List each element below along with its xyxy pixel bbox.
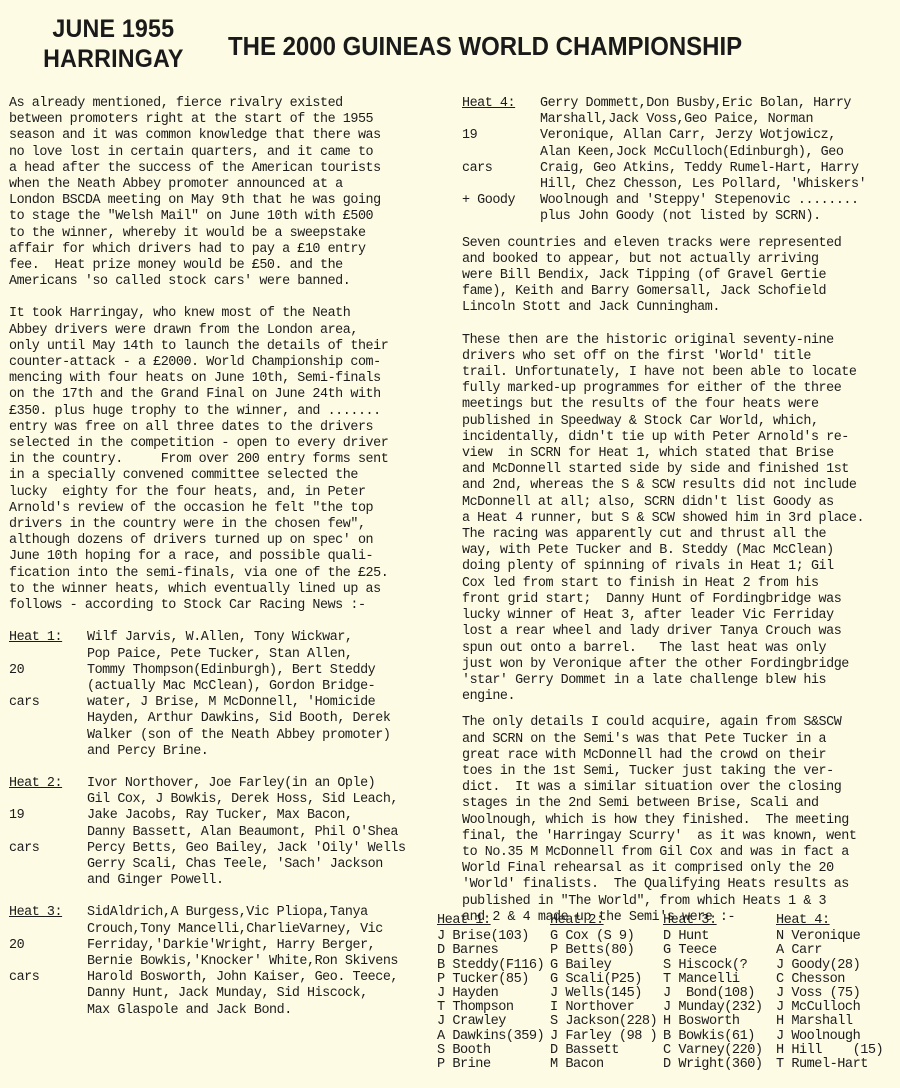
heat-label-column: Heat 1: 20 cars	[9, 630, 87, 760]
heat-car-count: 20	[9, 938, 87, 954]
spacer	[462, 209, 540, 225]
right-column: Heat 4: 19 cars + Goody Gerry Dommett,Do…	[462, 96, 900, 926]
spacer	[9, 873, 87, 889]
heat-entry-block: Heat 4: 19 cars + Goody Gerry Dommett,Do…	[462, 96, 900, 226]
heat-entry-block: Heat 1: 20 cars Wilf Jarvis, W.Allen, To…	[9, 630, 449, 760]
result-row: H Hill (15)	[776, 1044, 889, 1058]
paragraph-heat-reports: These then are the historic original sev…	[462, 333, 900, 706]
heat-driver-names: Ivor Northover, Joe Farley(in an Ople) G…	[87, 776, 406, 889]
spacer	[9, 954, 87, 970]
result-row: G Bailey	[550, 959, 663, 973]
spacer	[9, 986, 87, 1002]
result-row: S Hiscock(?	[663, 959, 776, 973]
event-date: JUNE 1955	[25, 14, 202, 44]
result-row: T Rumel-Hart	[776, 1058, 889, 1072]
heat-car-count: 19	[9, 808, 87, 824]
result-row: J Farley (98 )	[550, 1030, 663, 1044]
result-row: D Wright(360)	[663, 1058, 776, 1072]
page-header: JUNE 1955 HARRINGAY THE 2000 GUINEAS WOR…	[0, 0, 900, 80]
result-row: J Woolnough	[776, 1030, 889, 1044]
spacer	[9, 679, 87, 695]
result-row: C Chesson	[776, 973, 889, 987]
result-row: G Cox (S 9)	[550, 930, 663, 944]
result-row: B Bowkis(61)	[663, 1030, 776, 1044]
heat-label: Heat 3:	[9, 905, 87, 921]
result-row: P Brine	[437, 1058, 550, 1072]
heat-4-entry-list: Heat 4: 19 cars + Goody Gerry Dommett,Do…	[462, 96, 900, 226]
heat-label: Heat 4:	[462, 96, 540, 112]
result-row: J Hayden	[437, 987, 550, 1001]
article-title: THE 2000 GUINEAS WORLD CHAMPIONSHIP	[228, 33, 742, 62]
heat-car-unit: cars	[9, 970, 87, 986]
result-row: J Bond(108)	[663, 987, 776, 1001]
result-row: J Brise(103)	[437, 930, 550, 944]
result-row: M Bacon	[550, 1058, 663, 1072]
heat-label-column: Heat 3: 20 cars	[9, 905, 87, 1018]
spacer	[9, 922, 87, 938]
heat-driver-names: Gerry Dommett,Don Busby,Eric Bolan, Harr…	[540, 96, 866, 226]
heat-entry-lists: Heat 1: 20 cars Wilf Jarvis, W.Allen, To…	[9, 630, 449, 1018]
date-venue-block: JUNE 1955 HARRINGAY	[25, 14, 202, 74]
result-row: G Scali(P25)	[550, 973, 663, 987]
spacer	[9, 744, 87, 760]
spacer	[9, 647, 87, 663]
paragraph-intro: As already mentioned, fierce rivalry exi…	[9, 96, 449, 290]
heat-car-unit: cars	[9, 695, 87, 711]
result-row: J Crawley	[437, 1015, 550, 1029]
result-row: J Voss (75)	[776, 987, 889, 1001]
results-column-heat-2: Heat 2:G Cox (S 9)P Betts(80)G BaileyG S…	[550, 914, 663, 1072]
result-row: D Bassett	[550, 1044, 663, 1058]
result-row: A Carr	[776, 944, 889, 958]
results-column-heat-4: Heat 4:N VeroniqueA CarrJ Goody(28)C Che…	[776, 914, 889, 1072]
spacer	[9, 1003, 87, 1019]
result-row: S Jackson(228)	[550, 1015, 663, 1029]
spacer	[462, 177, 540, 193]
result-row: T Mancelli	[663, 973, 776, 987]
result-row: J McCulloch	[776, 1001, 889, 1015]
heat-driver-names: SidAldrich,A Burgess,Vic Pliopa,Tanya Cr…	[87, 905, 398, 1018]
result-row: B Steddy(F116)	[437, 959, 550, 973]
result-row: T Thompson	[437, 1001, 550, 1015]
paragraph-harringay: It took Harringay, who knew most of the …	[9, 306, 449, 614]
heat-results-table: Heat 1:J Brise(103)D BarnesB Steddy(F116…	[437, 914, 900, 1072]
result-row: P Tucker(85)	[437, 973, 550, 987]
result-row: J Munday(232)	[663, 1001, 776, 1015]
spacer	[462, 112, 540, 128]
spacer	[9, 792, 87, 808]
heat-entry-block: Heat 2: 19 cars Ivor Northover, Joe Farl…	[9, 776, 449, 889]
paragraph-semis: The only details I could acquire, again …	[462, 715, 900, 926]
results-column-heat-1: Heat 1:J Brise(103)D BarnesB Steddy(F116…	[437, 914, 550, 1072]
spacer	[9, 857, 87, 873]
result-row: H Marshall	[776, 1015, 889, 1029]
results-heading: Heat 2:	[550, 914, 663, 928]
heat-car-count: 20	[9, 663, 87, 679]
heat-label-column: Heat 4: 19 cars + Goody	[462, 96, 540, 226]
heat-car-unit: cars	[9, 841, 87, 857]
result-row: I Northover	[550, 1001, 663, 1015]
results-heading: Heat 3:	[663, 914, 776, 928]
event-venue: HARRINGAY	[25, 44, 202, 74]
heat-extra-note: + Goody	[462, 193, 540, 209]
result-row: C Varney(220)	[663, 1044, 776, 1058]
results-column-heat-3: Heat 3:D HuntG TeeceS Hiscock(?T Mancell…	[663, 914, 776, 1072]
result-row: A Dawkins(359)	[437, 1030, 550, 1044]
heat-label: Heat 1:	[9, 630, 87, 646]
spacer	[9, 728, 87, 744]
spacer	[9, 711, 87, 727]
result-row: G Teece	[663, 944, 776, 958]
result-row: N Veronique	[776, 930, 889, 944]
result-row: S Booth	[437, 1044, 550, 1058]
heat-driver-names: Wilf Jarvis, W.Allen, Tony Wickwar, Pop …	[87, 630, 390, 760]
spacer	[462, 145, 540, 161]
result-row: J Goody(28)	[776, 959, 889, 973]
result-row: P Betts(80)	[550, 944, 663, 958]
heat-label-column: Heat 2: 19 cars	[9, 776, 87, 889]
result-row: J Wells(145)	[550, 987, 663, 1001]
result-row: H Bosworth	[663, 1015, 776, 1029]
paragraph-absentees: Seven countries and eleven tracks were r…	[462, 236, 900, 317]
result-row: D Hunt	[663, 930, 776, 944]
results-heading: Heat 4:	[776, 914, 889, 928]
results-heading: Heat 1:	[437, 914, 550, 928]
result-row: D Barnes	[437, 944, 550, 958]
left-column: As already mentioned, fierce rivalry exi…	[9, 96, 449, 1019]
spacer	[9, 825, 87, 841]
heat-label: Heat 2:	[9, 776, 87, 792]
heat-car-count: 19	[462, 128, 540, 144]
heat-car-unit: cars	[462, 161, 540, 177]
heat-entry-block: Heat 3: 20 cars SidAldrich,A Burgess,Vic…	[9, 905, 449, 1018]
